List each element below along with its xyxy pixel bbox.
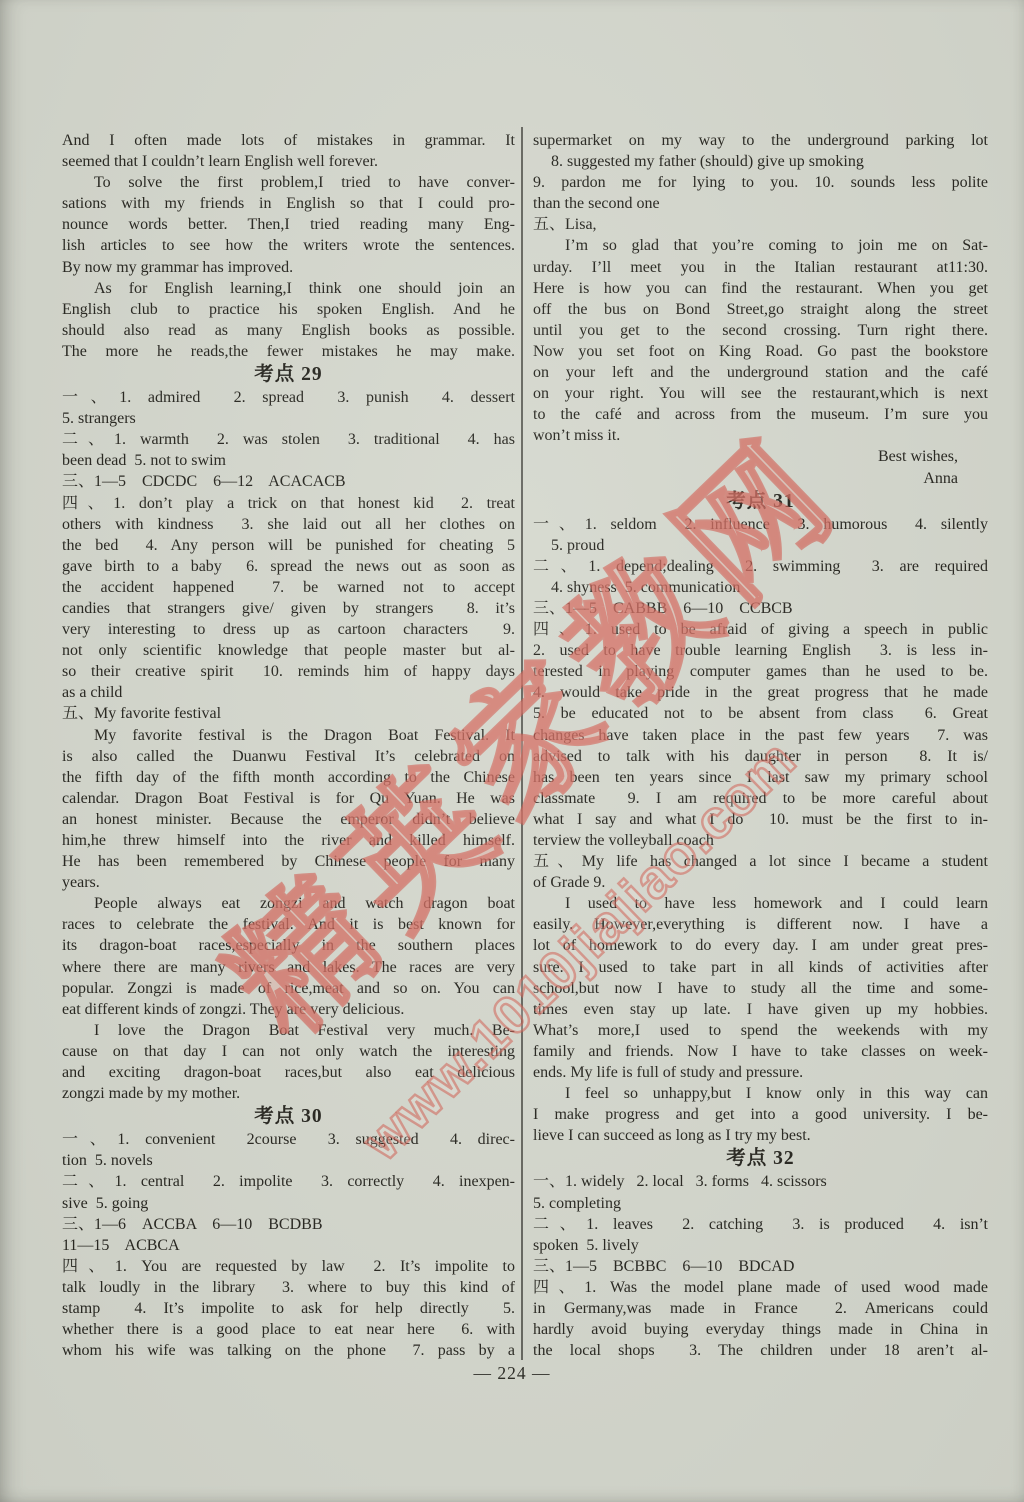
text-line: 5. strangers [62, 408, 515, 429]
text-line: English club to practice his spoken Engl… [62, 299, 515, 320]
text-line: as a child [62, 682, 515, 703]
text-line: I feel so unhappy,but I know only in thi… [533, 1083, 988, 1104]
text-line: lot of homework to do every day. I am un… [533, 935, 988, 956]
text-line: tion 5. novels [62, 1150, 515, 1171]
text-line: has been ten years since I last saw my p… [533, 767, 988, 788]
text-line: I love the Dragon Boat Festival very muc… [62, 1020, 515, 1041]
column-divider-line [521, 127, 523, 1360]
text-line: Anna [533, 468, 988, 489]
text-line: 二、1. leaves 2. catching 3. is produced 4… [533, 1214, 988, 1235]
text-line: 四、1. used to be afraid of giving a speec… [533, 619, 988, 640]
text-line: 四、1. don’t play a trick on that honest k… [62, 493, 515, 514]
text-line: whom his wife was talking on the phone 7… [62, 1340, 515, 1361]
text-line: where there are many rivers and lakes. T… [62, 957, 515, 978]
text-line: talk loudly in the library 3. where to b… [62, 1277, 515, 1298]
text-line: cause on that day I can not only watch t… [62, 1041, 515, 1062]
text-line: sure. I used to take part in all kinds o… [533, 957, 988, 978]
text-line: sive 5. going [62, 1193, 515, 1214]
text-line: whether there is a good place to eat nea… [62, 1319, 515, 1340]
text-line: lish articles to see how the writers wro… [62, 235, 515, 256]
text-line: 一、1. widely 2. local 3. forms 4. scissor… [533, 1171, 988, 1192]
text-line: classmate 9. I am required to be more ca… [533, 788, 988, 809]
text-line: changes have taken place in the past few… [533, 725, 988, 746]
text-line: 二、1. depend;dealing 2. swimming 3. are r… [533, 556, 988, 577]
text-line: 一、1. seldom 2. influence 3. humorous 4. … [533, 514, 988, 535]
text-line: family and friends. Now I have to take c… [533, 1041, 988, 1062]
text-line: As for English learning,I think one shou… [62, 278, 515, 299]
text-line: 二、1. warmth 2. was stolen 3. traditional… [62, 429, 515, 450]
text-line: Best wishes, [533, 446, 988, 467]
text-line: school,but now I have to study all the t… [533, 978, 988, 999]
text-line: People always eat zongzi and watch drago… [62, 893, 515, 914]
text-line: been dead 5. not to swim [62, 450, 515, 471]
text-line: the fifth day of the fifth month accordi… [62, 767, 515, 788]
text-line: 四、1. You are requested by law 2. It’s im… [62, 1256, 515, 1277]
text-line: 4. shyness 5. communication [533, 577, 988, 598]
left-column: And I often made lots of mistakes in gra… [62, 130, 515, 1361]
text-line: lieve I can succeed as long as I try my … [533, 1125, 988, 1146]
text-line: What’s more,I used to spend the weekends… [533, 1020, 988, 1041]
text-line: an honest minister. Because the emperor … [62, 809, 515, 830]
text-line: others with kindness 3. she laid out all… [62, 514, 515, 535]
text-line: is also called the Duanwu Festival It’s … [62, 746, 515, 767]
text-line: eat different kinds of zongzi. They are … [62, 999, 515, 1020]
text-line: Now you set foot on King Road. Go past t… [533, 341, 988, 362]
text-line: easily. However,everything is different … [533, 914, 988, 935]
text-line: zongzi made by my mother. [62, 1083, 515, 1104]
text-line: 8. suggested my father (should) give up … [533, 151, 988, 172]
text-line: terview the volleyball coach [533, 830, 988, 851]
text-line: calendar. Dragon Boat Festival is for Qu… [62, 788, 515, 809]
text-line: 一、1. convenient 2course 3. suggested 4. … [62, 1129, 515, 1150]
text-line: won’t miss it. [533, 425, 988, 446]
text-line: 五、My favorite festival [62, 703, 515, 724]
text-line: 5. proud [533, 535, 988, 556]
scanned-answer-page: And I often made lots of mistakes in gra… [0, 0, 1024, 1502]
text-line: its dragon-boat races,especially in the … [62, 935, 515, 956]
text-line: on your right. You will see the restaura… [533, 383, 988, 404]
section-header: 考点 29 [62, 362, 515, 387]
text-line: ends. My life is full of study and press… [533, 1062, 988, 1083]
text-line: The more he reads,the fewer mistakes he … [62, 341, 515, 362]
text-line: I make progress and get into a good univ… [533, 1104, 988, 1125]
text-line: so their creative spirit 10. reminds him… [62, 661, 515, 682]
text-line: of Grade 9. [533, 872, 988, 893]
text-line: 五、My life has changed a lot since I beca… [533, 851, 988, 872]
text-line: years. [62, 872, 515, 893]
text-line: 三、1—5 BCBBC 6—10 BDCAD [533, 1256, 988, 1277]
text-line: on your left and the underground station… [533, 362, 988, 383]
text-line: nounce words better. Then,I tried readin… [62, 214, 515, 235]
text-line: very interesting to dress up as cartoon … [62, 619, 515, 640]
text-line: what I say and what I do 10. must be the… [533, 809, 988, 830]
text-line: seemed that I couldn’t learn English wel… [62, 151, 515, 172]
text-line: 9. pardon me for lying to you. 10. sound… [533, 172, 988, 193]
section-header: 考点 32 [533, 1146, 988, 1171]
text-line: And I often made lots of mistakes in gra… [62, 130, 515, 151]
text-line: 2. used to have trouble learning English… [533, 640, 988, 661]
text-line: hardly avoid buying everyday things made… [533, 1319, 988, 1340]
text-line: off the bus on Bond Street,go straight a… [533, 299, 988, 320]
text-line: races to celebrate the festival. And it … [62, 914, 515, 935]
text-line: him,he threw himself into the river and … [62, 830, 515, 851]
text-line: sations with my friends in English so th… [62, 193, 515, 214]
text-line: By now my grammar has improved. [62, 257, 515, 278]
text-line: and exciting dragon-boat races,but also … [62, 1062, 515, 1083]
text-line: spoken 5. lively [533, 1235, 988, 1256]
text-line: 11—15 ACBCA [62, 1235, 515, 1256]
text-line: times even stay up late. I have given up… [533, 999, 988, 1020]
text-line: 五、Lisa, [533, 214, 988, 235]
text-line: gave birth to a baby 6. spread the news … [62, 556, 515, 577]
text-line: 4. would take pride in the great progres… [533, 682, 988, 703]
text-line: than the second one [533, 193, 988, 214]
text-line: 三、1—6 ACCBA 6—10 BCDBB [62, 1214, 515, 1235]
text-line: urday. I’ll meet you in the Italian rest… [533, 257, 988, 278]
text-line: I used to have less homework and I could… [533, 893, 988, 914]
text-line: supermarket on my way to the underground… [533, 130, 988, 151]
text-line: 二、1. central 2. impolite 3. correctly 4.… [62, 1171, 515, 1192]
text-line: advised to talk with his daughter in per… [533, 746, 988, 767]
text-line: 5. completing [533, 1193, 988, 1214]
text-line: not only scientific knowledge that peopl… [62, 640, 515, 661]
text-line: 一、1. admired 2. spread 3. punish 4. dess… [62, 387, 515, 408]
text-line: To solve the first problem,I tried to ha… [62, 172, 515, 193]
text-line: stamp 4. It’s impolite to ask for help d… [62, 1298, 515, 1319]
text-line: until you get to the second crossing. Tu… [533, 320, 988, 341]
section-header: 考点 31 [533, 489, 988, 514]
text-line: 四、1. Was the model plane made of used wo… [533, 1277, 988, 1298]
text-line: Here is how you can find the restaurant.… [533, 278, 988, 299]
text-line: should also read as many English books a… [62, 320, 515, 341]
text-line: candies that strangers give/ given by st… [62, 598, 515, 619]
text-line: in Germany,was made in France 2. America… [533, 1298, 988, 1319]
text-line: the bed 4. Any person will be punished f… [62, 535, 515, 556]
text-line: 三、1—5 CDCDC 6—12 ACACACB [62, 471, 515, 492]
text-line: I’m so glad that you’re coming to join m… [533, 235, 988, 256]
text-line: terested in playing computer games than … [533, 661, 988, 682]
text-line: My favorite festival is the Dragon Boat … [62, 725, 515, 746]
text-line: 5. be educated not to be absent from cla… [533, 703, 988, 724]
text-line: the accident happened 7. be warned not t… [62, 577, 515, 598]
text-line: to the café and across from the museum. … [533, 404, 988, 425]
page-number: — 224 — [0, 1363, 1024, 1384]
section-header: 考点 30 [62, 1104, 515, 1129]
right-column: supermarket on my way to the underground… [533, 130, 988, 1361]
text-line: popular. Zongzi is made of rice,meat and… [62, 978, 515, 999]
text-line: He has been remembered by Chinese people… [62, 851, 515, 872]
text-line: 三、1—5 CABBB 6—10 CCBCB [533, 598, 988, 619]
text-line: the local shops 3. The children under 18… [533, 1340, 988, 1361]
